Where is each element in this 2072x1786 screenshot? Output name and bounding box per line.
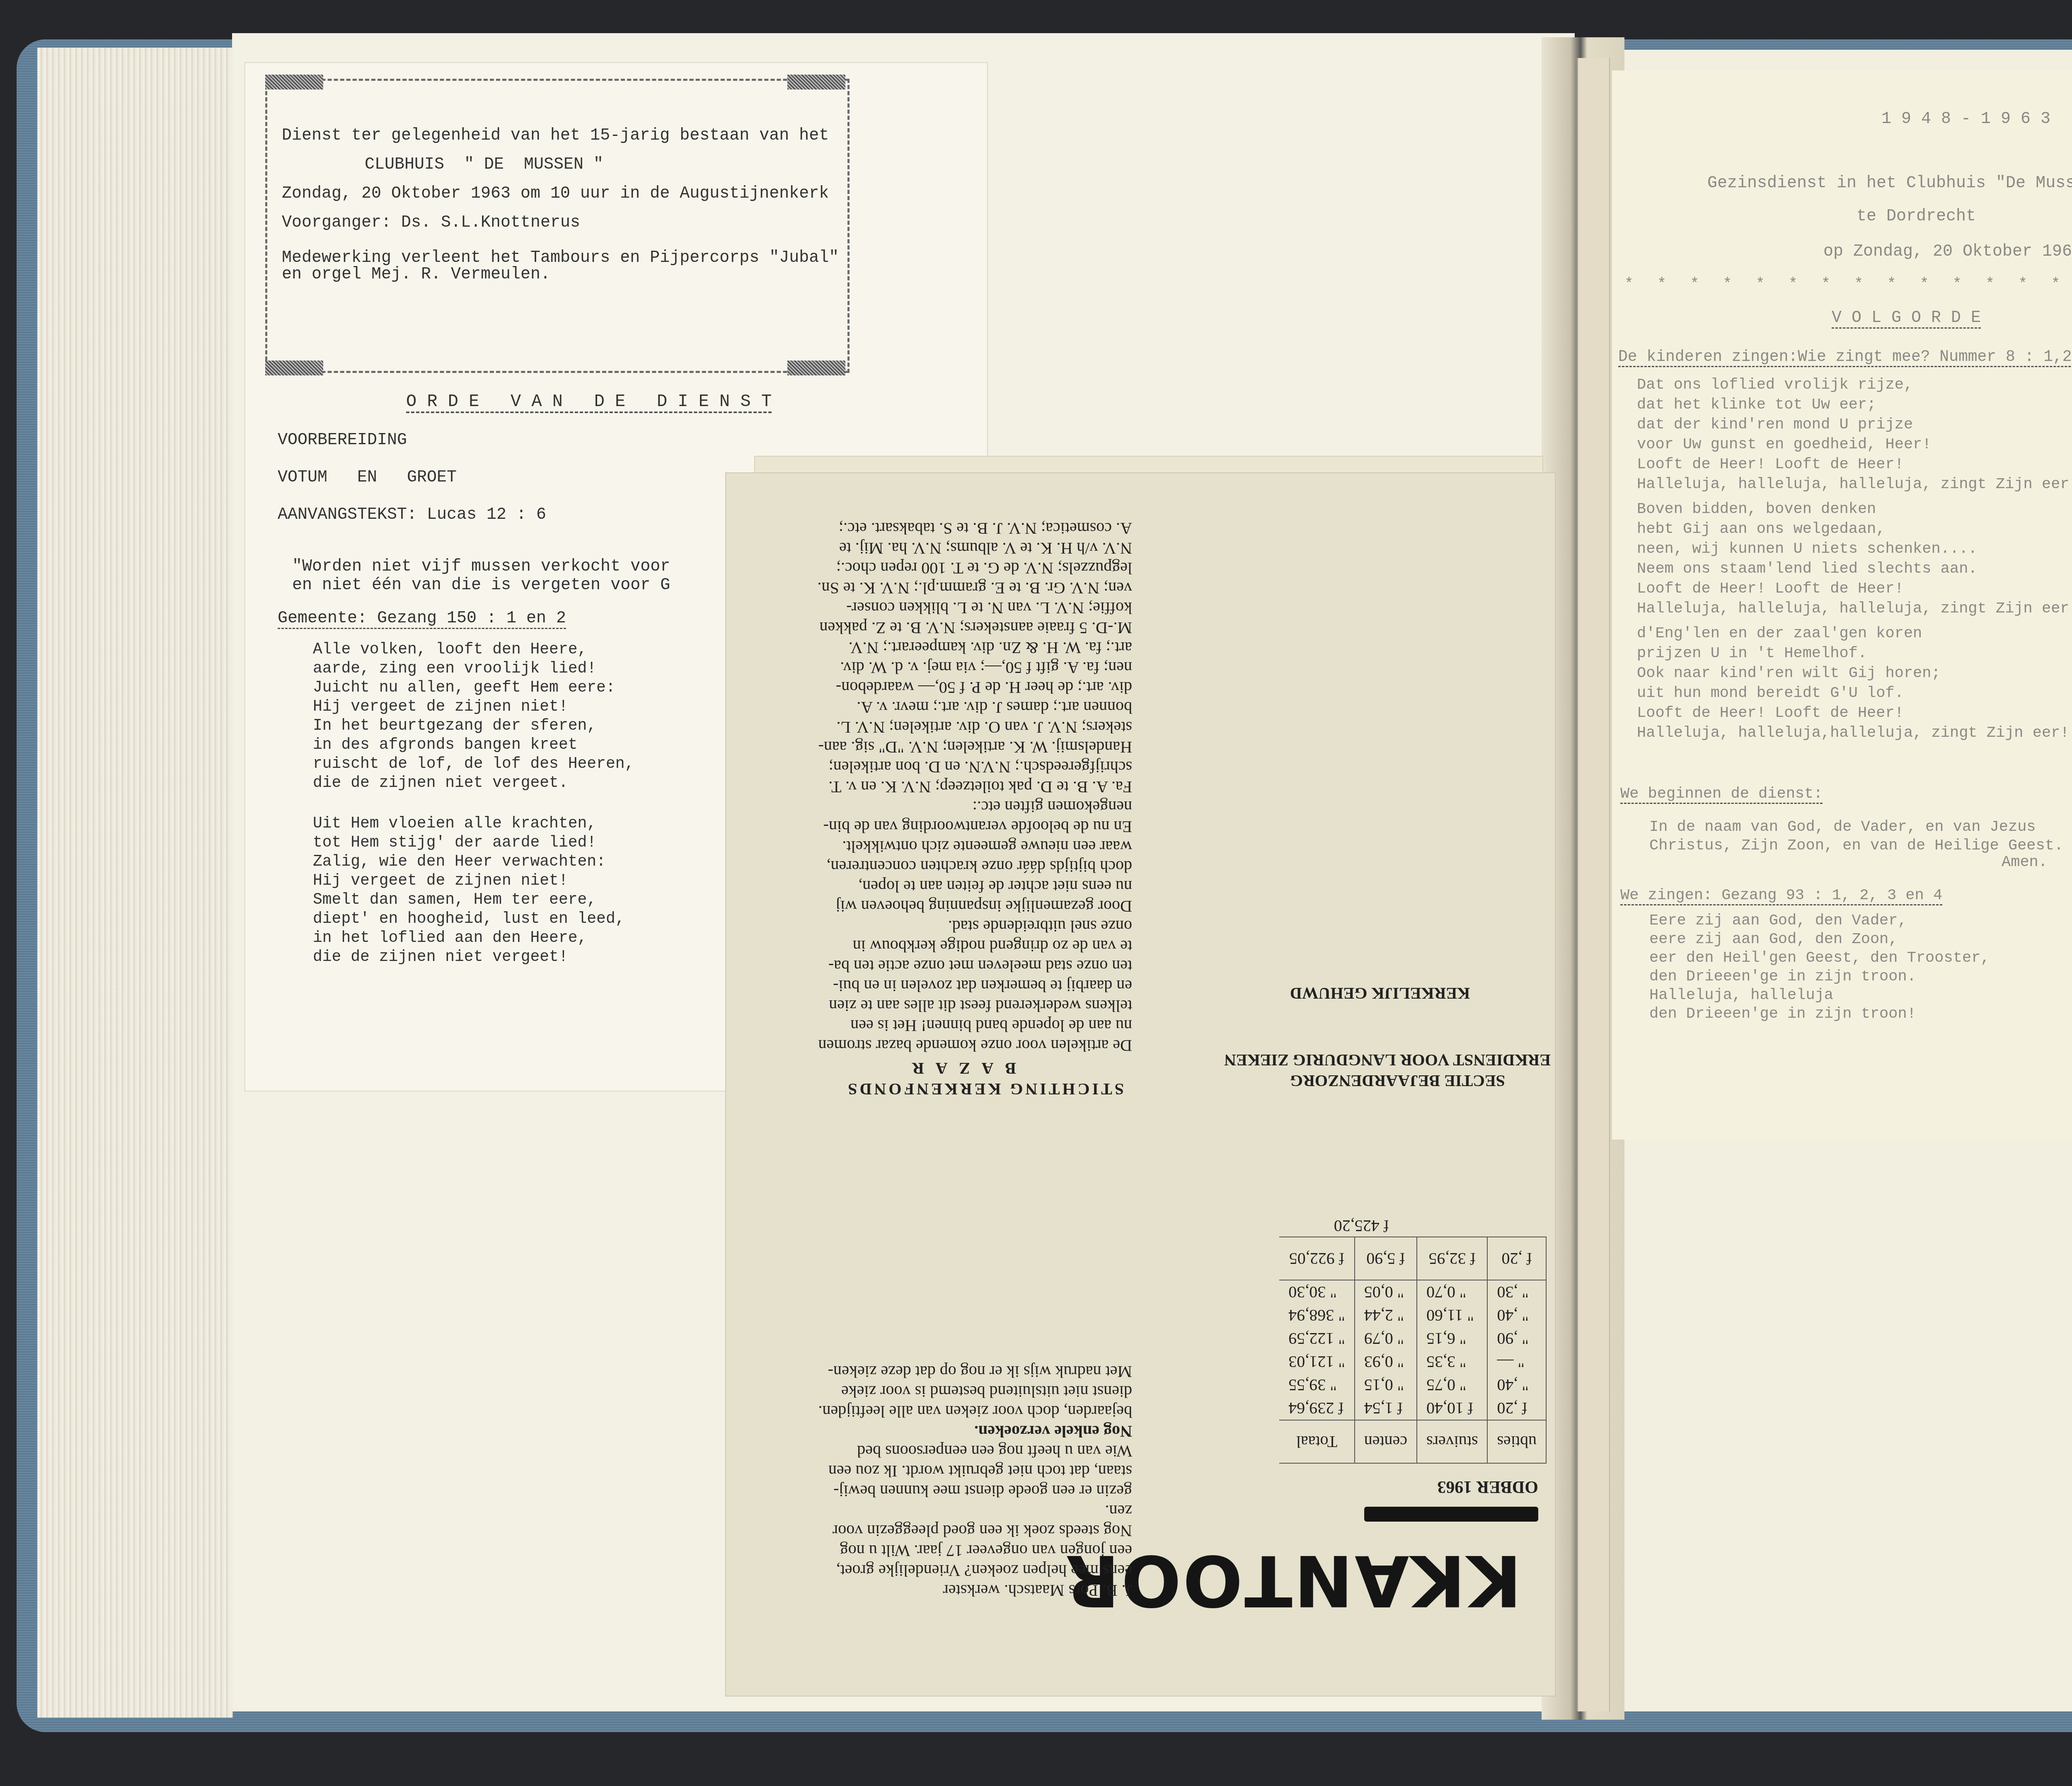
- order-item-aanvangstekst: AANVANGSTEKST: Lucas 12 : 6: [278, 506, 546, 524]
- hymn-line: diept' en hoogheid, lust en leed,: [313, 910, 625, 929]
- section-title: KERKELIJK GEHUWD: [1198, 984, 1562, 1003]
- hymn-line: aarde, zing een vroolijk lied!: [313, 659, 634, 678]
- cell: f 1,54: [1355, 1396, 1417, 1420]
- card-line-minister: Voorganger: Ds. S.L.Knottnerus: [282, 213, 580, 232]
- hymn-line: Uit Hem vloeien alle krachten,: [313, 814, 625, 833]
- song-line: Halleluja, halleluja, halleluja, zingt Z…: [1637, 474, 2072, 494]
- article-line: gezin er een goede dienst mee kunnen bew…: [818, 1481, 1132, 1501]
- hymn-line: den Drieeen'ge in zijn troon.: [1649, 968, 1990, 986]
- song-verse-1: Dat ons loflied vrolijk rijze, dat het k…: [1637, 375, 2072, 494]
- hymn-line: die de zijnen niet vergeet!: [313, 948, 625, 967]
- article-line: div. art.; de heer H. de P. f 50,— waard…: [817, 678, 1132, 697]
- masthead-rule: [1364, 1507, 1538, 1522]
- song-line: Halleluja, halleluja,halleluja, zingt Zi…: [1637, 723, 2070, 743]
- hymn-verse-1: Alle volken, looft den Heere, aarde, zin…: [313, 640, 634, 793]
- cell: " ,90: [1487, 1327, 1546, 1350]
- song-line: Looft de Heer! Looft de Heer!: [1637, 579, 2072, 599]
- order-title: V O L G O R D E: [1832, 309, 1981, 329]
- order-item-voorbereiding: VOORBEREIDING: [278, 431, 407, 450]
- bazaar-article: De artikelen voor onze komende bazar str…: [817, 518, 1132, 1055]
- card-line-organ: en orgel Mej. R. Vermeulen.: [282, 265, 550, 284]
- begin-service-heading: We beginnen de dienst:: [1620, 785, 1823, 804]
- page-edges-stack: [37, 48, 233, 1718]
- hymn-line: Hij vergeet de zijnen niet!: [313, 697, 634, 716]
- hymn-line: Juicht nu allen, geeft Hem eere:: [313, 678, 634, 697]
- hymn-line: in het loflied aan den Heere,: [313, 929, 625, 948]
- hymn-verse-2: Uit Hem vloeien alle krachten, tot Hem s…: [313, 814, 625, 967]
- extra-total: f 425,20: [1334, 1216, 1389, 1236]
- cell: " 121,03: [1279, 1350, 1354, 1373]
- article-line: stekers; N.V. J. van O. div. artikelen; …: [817, 717, 1132, 737]
- cell: " 2,44: [1355, 1304, 1417, 1327]
- cell: " ,40: [1487, 1373, 1546, 1396]
- article-line: M.-D. 5 fraaie aanstekers; N.V. B. te Z.…: [817, 618, 1132, 638]
- service-date: op Zondag, 20 Oktober 1963.: [1823, 242, 2072, 261]
- article-line: art.; fa. W. H. & Zn. div. kampeerart.; …: [817, 638, 1132, 658]
- hymn-line: In het beurtgezang der sferen,: [313, 716, 634, 736]
- cell: " 30,30: [1279, 1280, 1354, 1304]
- cell: " 0,70: [1417, 1280, 1487, 1304]
- service-place: te Dordrecht: [1857, 207, 1976, 226]
- song-line: prijzen U in 't Hemelhof.: [1637, 644, 2070, 663]
- song-line: Neem ons staam'lend lied slechts aan.: [1637, 559, 2072, 579]
- cell: " 122,59: [1279, 1327, 1354, 1350]
- binding-stub: [1577, 58, 1610, 1711]
- article-line: nen; fa. A. gift f 50,—; via mej. v. d. …: [817, 658, 1132, 678]
- article-line: nengekomen giften etc.:: [817, 797, 1132, 817]
- cell: " 0,93: [1355, 1350, 1417, 1373]
- song-line: Halleluja, halleluja, halleluja, zingt Z…: [1637, 599, 2072, 619]
- cell: " —: [1487, 1350, 1546, 1373]
- bazaar-subtitle: B A Z A R: [908, 1058, 1016, 1078]
- section-title: SECTIE BEJAARDENZORG: [1290, 1071, 1505, 1091]
- article-line: Wie van u heeft nog een eenpersoons bed: [818, 1441, 1132, 1461]
- cell: " 6,15: [1417, 1327, 1487, 1350]
- card-line-music: Medewerking verleent het Tambours en Pij…: [282, 249, 839, 267]
- article-line: Met nadruk wijs ik er nog op dat deze zi…: [818, 1362, 1132, 1382]
- card-line-clubhuis: CLUBHUIS " DE MUSSEN ": [365, 155, 603, 174]
- article-line: dienst niet uitsluitend bestemd is voor …: [818, 1382, 1132, 1401]
- hymn-line: Halleluja, halleluja: [1649, 986, 1990, 1005]
- article-line: Fa. A. B. te D. pak toiletzeep; N.V. K. …: [817, 777, 1132, 797]
- cell: " 0,05: [1355, 1280, 1417, 1304]
- article-line: onze snel uitbreidende stad.: [817, 916, 1132, 936]
- hymn-line: in des afgronds bangen kreet: [313, 736, 634, 755]
- votum-line: Christus, Zijn Zoon, en van de Heilige G…: [1649, 837, 2063, 854]
- cell: f 239,64: [1279, 1396, 1354, 1420]
- article-line: schrijfgereedsch.; N.V.N. en D. bon arti…: [817, 757, 1132, 777]
- cell: f ,20: [1487, 1396, 1546, 1420]
- order-of-service-title: O R D E V A N D E D I E N S T: [406, 392, 772, 413]
- song-line: voor Uw gunst en goedheid, Heer!: [1637, 435, 2072, 455]
- hymn-line: Zalig, wie den Heer verwachten:: [313, 852, 625, 871]
- asterisk-divider: * * * * * * * * * * * * * * * * * * * * …: [1624, 276, 2072, 293]
- total-cell: f 5,90: [1355, 1237, 1417, 1280]
- article-line: Nog steeds zoek ik een goed pleeggezin v…: [818, 1521, 1132, 1541]
- col-header: stuivers: [1417, 1420, 1487, 1463]
- children-song-heading: De kinderen zingen:Wie zingt mee? Nummer…: [1618, 348, 2072, 367]
- article-line: waar een nieuwe gemeente zich ontwikkelt…: [817, 837, 1132, 857]
- requests-article: J. B. Pors Maatsch. werkster eens mee he…: [818, 1362, 1132, 1600]
- hymn-line: eere zij aan God, den Zoon,: [1649, 930, 1990, 949]
- clipping-masthead: KKANTOOR: [1064, 1539, 1522, 1621]
- song-line: Ook naar kind'ren wilt Gij horen;: [1637, 663, 2070, 683]
- card-line-date: Zondag, 20 Oktober 1963 om 10 uur in de …: [282, 184, 829, 203]
- song-line: Dat ons loflied vrolijk rijze,: [1637, 375, 2072, 395]
- song-line: Looft de Heer! Looft de Heer!: [1637, 703, 2070, 723]
- article-line: En nu de beloofde verantwoording van de …: [817, 817, 1132, 837]
- song-line: dat der kind'ren mond U prijze: [1637, 415, 2072, 435]
- votum-line: In de naam van God, de Vader, en van Jez…: [1649, 818, 2036, 836]
- article-line: ten onze stad meeleven met onze actie te…: [817, 956, 1132, 976]
- cell: " ,30: [1487, 1280, 1546, 1304]
- hymn-line: tot Hem stijg' der aarde lied!: [313, 833, 625, 852]
- article-line: bonnen art.; dames J. div. art.; mevr. v…: [817, 697, 1132, 717]
- article-line: koffie; N.V. L. van N. te L. blikken con…: [817, 598, 1132, 618]
- song-line: dat het klinke tot Uw eer;: [1637, 395, 2072, 415]
- article-line: De artikelen voor onze komende bazar str…: [817, 1036, 1132, 1055]
- anniversary-years: 1 9 4 8 - 1 9 6 3: [1881, 110, 2050, 128]
- frame-ornament: [265, 361, 323, 375]
- total-cell: f 922,05: [1279, 1237, 1354, 1280]
- hymn-line: Hij vergeet de zijnen niet!: [313, 871, 625, 891]
- article-line: N.V. v/h H. K. te V. albums; N.V. ha. Mi…: [817, 538, 1132, 558]
- hymn-line: den Drieeen'ge in zijn troon!: [1649, 1005, 1990, 1024]
- hymn93-verse: Eere zij aan God, den Vader, eere zij aa…: [1649, 912, 1990, 1024]
- service-title: Gezinsdienst in het Clubhuis "De Mussen": [1707, 174, 2072, 193]
- total-cell: f 32,95: [1417, 1237, 1487, 1280]
- hymn-heading: Gemeente: Gezang 150 : 1 en 2: [278, 609, 566, 629]
- article-line: Door gezamenlijke inspanning behoeven wi…: [817, 896, 1132, 916]
- song-verse-2: Boven bidden, boven denken hebt Gij aan …: [1637, 499, 2072, 619]
- hymn93-heading: We zingen: Gezang 93 : 1, 2, 3 en 4: [1620, 887, 1942, 905]
- article-line: J. B. Pors Maatsch. werkster: [818, 1580, 1132, 1600]
- cell: " ,40: [1487, 1304, 1546, 1327]
- col-header: ubties: [1487, 1420, 1546, 1463]
- hymn-line: eer den Heil'gen Geest, den Trooster,: [1649, 949, 1990, 968]
- col-header: Totaal: [1279, 1420, 1354, 1463]
- cell: " 0,79: [1355, 1327, 1417, 1350]
- hymn-line: Smelt dan samen, Hem ter eere,: [313, 891, 625, 910]
- quote-line: en niet één van die is vergeten voor G: [292, 576, 670, 595]
- article-line: ven; N.V. Gr. B. te E. gramm.pl.; N.V. K…: [817, 578, 1132, 598]
- cell: " 11,60: [1417, 1304, 1487, 1327]
- article-line: A. cosmetica; N.V. J. B. te S. tabaksart…: [817, 518, 1132, 538]
- article-line: staan, dat toch niet gebruikt wordt. Ik …: [818, 1461, 1132, 1481]
- frame-ornament: [265, 75, 323, 90]
- article-line: bejaarden, doch voor zieken van alle lee…: [818, 1401, 1132, 1421]
- total-cell: f ,20: [1487, 1237, 1546, 1280]
- article-line: doch bijtijds dáár onze krachten concent…: [817, 857, 1132, 876]
- article-line: telkens wederkerend feest dit alles aan …: [817, 996, 1132, 1016]
- article-line: Handelsmij. W. K. artikelen; N.V. "D" si…: [817, 737, 1132, 757]
- song-line: Boven bidden, boven denken: [1637, 499, 2072, 519]
- cell: " 39,55: [1279, 1373, 1354, 1396]
- article-line: te van de zo dringend nodige kerkbouw in: [817, 936, 1132, 956]
- article-line: nu aan de lopende band binnen! Het is ee…: [817, 1016, 1132, 1036]
- amen: Amen.: [2002, 854, 2048, 871]
- song-line: d'Eng'len en der zaal'gen koren: [1637, 624, 2070, 644]
- article-line: legpuzzels; N.V. de G. te T. 100 repen c…: [817, 558, 1132, 578]
- col-header: centen: [1355, 1420, 1417, 1463]
- cell: f 10,40: [1417, 1396, 1487, 1420]
- order-item-votum: VOTUM EN GROET: [278, 468, 457, 487]
- donations-table: ubties stuivers centen Totaal f ,20f 10,…: [1279, 1237, 1547, 1464]
- cell: " 3,35: [1417, 1350, 1487, 1373]
- section-subtitle: ERKDIENST VOOR LANGDURIG ZIEKEN: [1224, 1050, 1551, 1070]
- clipping-date: ODBER 1963: [1437, 1477, 1538, 1497]
- article-line: zen.: [818, 1501, 1132, 1521]
- hymn-line: ruischt de lof, de lof des Heeren,: [313, 755, 634, 774]
- hymn-line: die de zijnen niet vergeet.: [313, 774, 634, 793]
- cell: " 0,15: [1355, 1373, 1417, 1396]
- frame-ornament: [787, 75, 845, 90]
- cell: " 368,94: [1279, 1304, 1354, 1327]
- hymn-line: Alle volken, looft den Heere,: [313, 640, 634, 659]
- song-line: hebt Gij aan ons welgedaan,: [1637, 519, 2072, 539]
- article-line: nu eens niet achter de feiten aan te lop…: [817, 876, 1132, 896]
- card-line-occasion: Dienst ter gelegenheid van het 15-jarig …: [282, 126, 829, 145]
- song-line: Looft de Heer! Looft de Heer!: [1637, 455, 2072, 474]
- song-verse-3: d'Eng'len en der zaal'gen koren prijzen …: [1637, 624, 2070, 743]
- article-line: en daarbij te bemerken dat zovelen in en…: [817, 976, 1132, 996]
- hymn-line: Eere zij aan God, den Vader,: [1649, 912, 1990, 930]
- bazaar-title: STICHTING KERKENFONDS: [845, 1079, 1124, 1099]
- requests-title: Nog enkele verzoeken.: [818, 1421, 1132, 1441]
- article-line: een jongen van ongeveer 17 jaar. Wilt u …: [818, 1541, 1132, 1561]
- article-line: eens mee helpen zoeken? Vriendelijke gro…: [818, 1561, 1132, 1580]
- quote-line: "Worden niet vijf mussen verkocht voor: [292, 557, 670, 576]
- clipping-gehuwd-giften: KERKELIJK GEHUWD: [1198, 568, 1562, 1003]
- song-line: neen, wij kunnen U niets schenken....: [1637, 539, 2072, 559]
- song-line: uit hun mond bereidt G'U lof.: [1637, 683, 2070, 703]
- frame-ornament: [787, 361, 845, 375]
- cell: " 0,75: [1417, 1373, 1487, 1396]
